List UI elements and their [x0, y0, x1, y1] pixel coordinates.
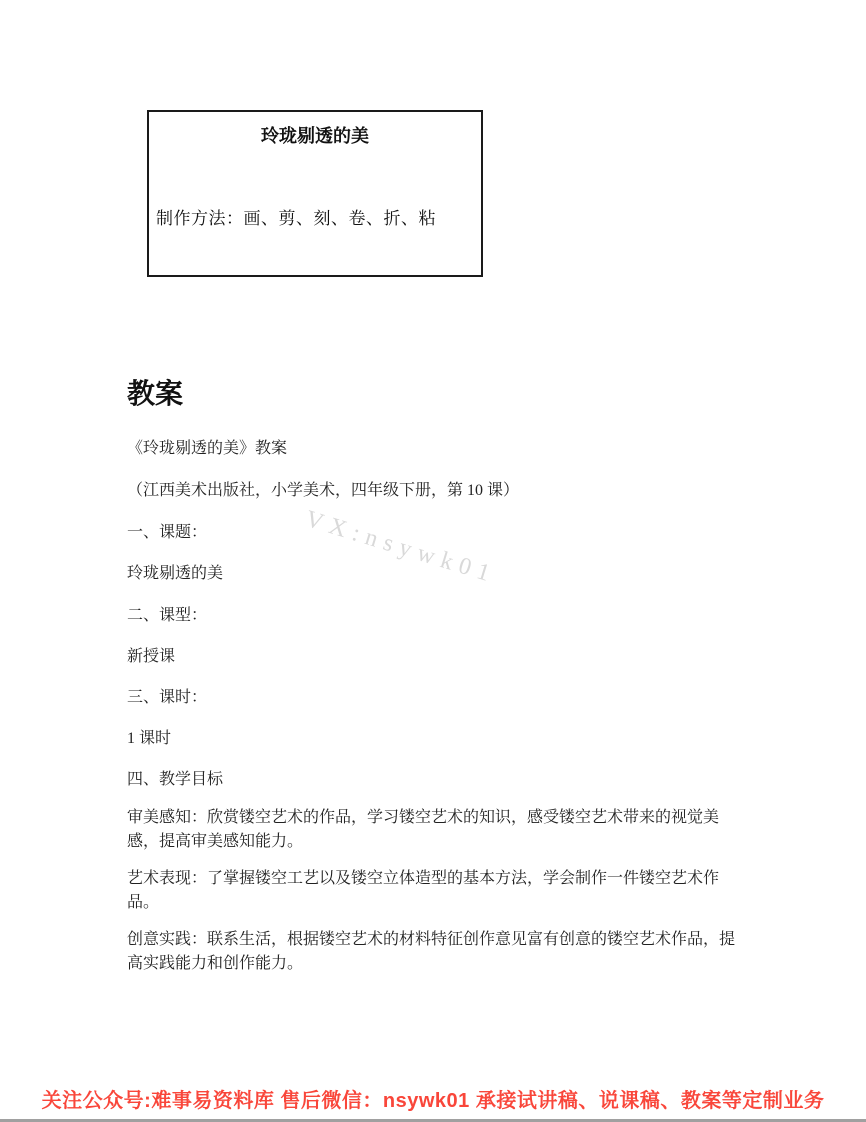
lesson-title-box: 玲珑剔透的美 制作方法：画、剪、刻、卷、折、粘: [147, 110, 483, 277]
doc-source-line: （江西美术出版社，小学美术，四年级下册，第 10 课）: [127, 479, 749, 503]
doc-line-period-label: 三、课时：: [127, 686, 749, 710]
document-page: 玲珑剔透的美 制作方法：画、剪、刻、卷、折、粘 教案 VX:nsywk01 《玲…: [0, 0, 866, 1122]
doc-title-line: 《玲珑剔透的美》教案: [127, 437, 749, 461]
section-heading: 教案: [127, 372, 183, 412]
doc-para-aesthetic: 审美感知：欣赏镂空艺术的作品，学习镂空艺术的知识，感受镂空艺术带来的视觉美感，提…: [127, 806, 749, 854]
doc-line-topic-value: 玲珑剔透的美: [127, 562, 749, 586]
box-title: 玲珑剔透的美: [149, 122, 481, 148]
doc-para-expression: 艺术表现：了掌握镂空工艺以及镂空立体造型的基本方法，学会制作一件镂空艺术作品。: [127, 867, 749, 915]
doc-line-topic-label: 一、课题：: [127, 521, 749, 545]
doc-line-type-value: 新授课: [127, 645, 749, 669]
doc-line-period-value: 1 课时: [127, 727, 749, 751]
footer-promo-text: 关注公众号:难事易资料库 售后微信：nsywk01 承接试讲稿、说课稿、教案等定…: [0, 1084, 866, 1113]
doc-line-type-label: 二、课型：: [127, 604, 749, 628]
box-method-line: 制作方法：画、剪、刻、卷、折、粘: [156, 204, 436, 229]
doc-para-creative: 创意实践：联系生活，根据镂空艺术的材料特征创作意见富有创意的镂空艺术作品，提高实…: [127, 928, 749, 976]
doc-line-objectives-label: 四、教学目标: [127, 768, 749, 792]
